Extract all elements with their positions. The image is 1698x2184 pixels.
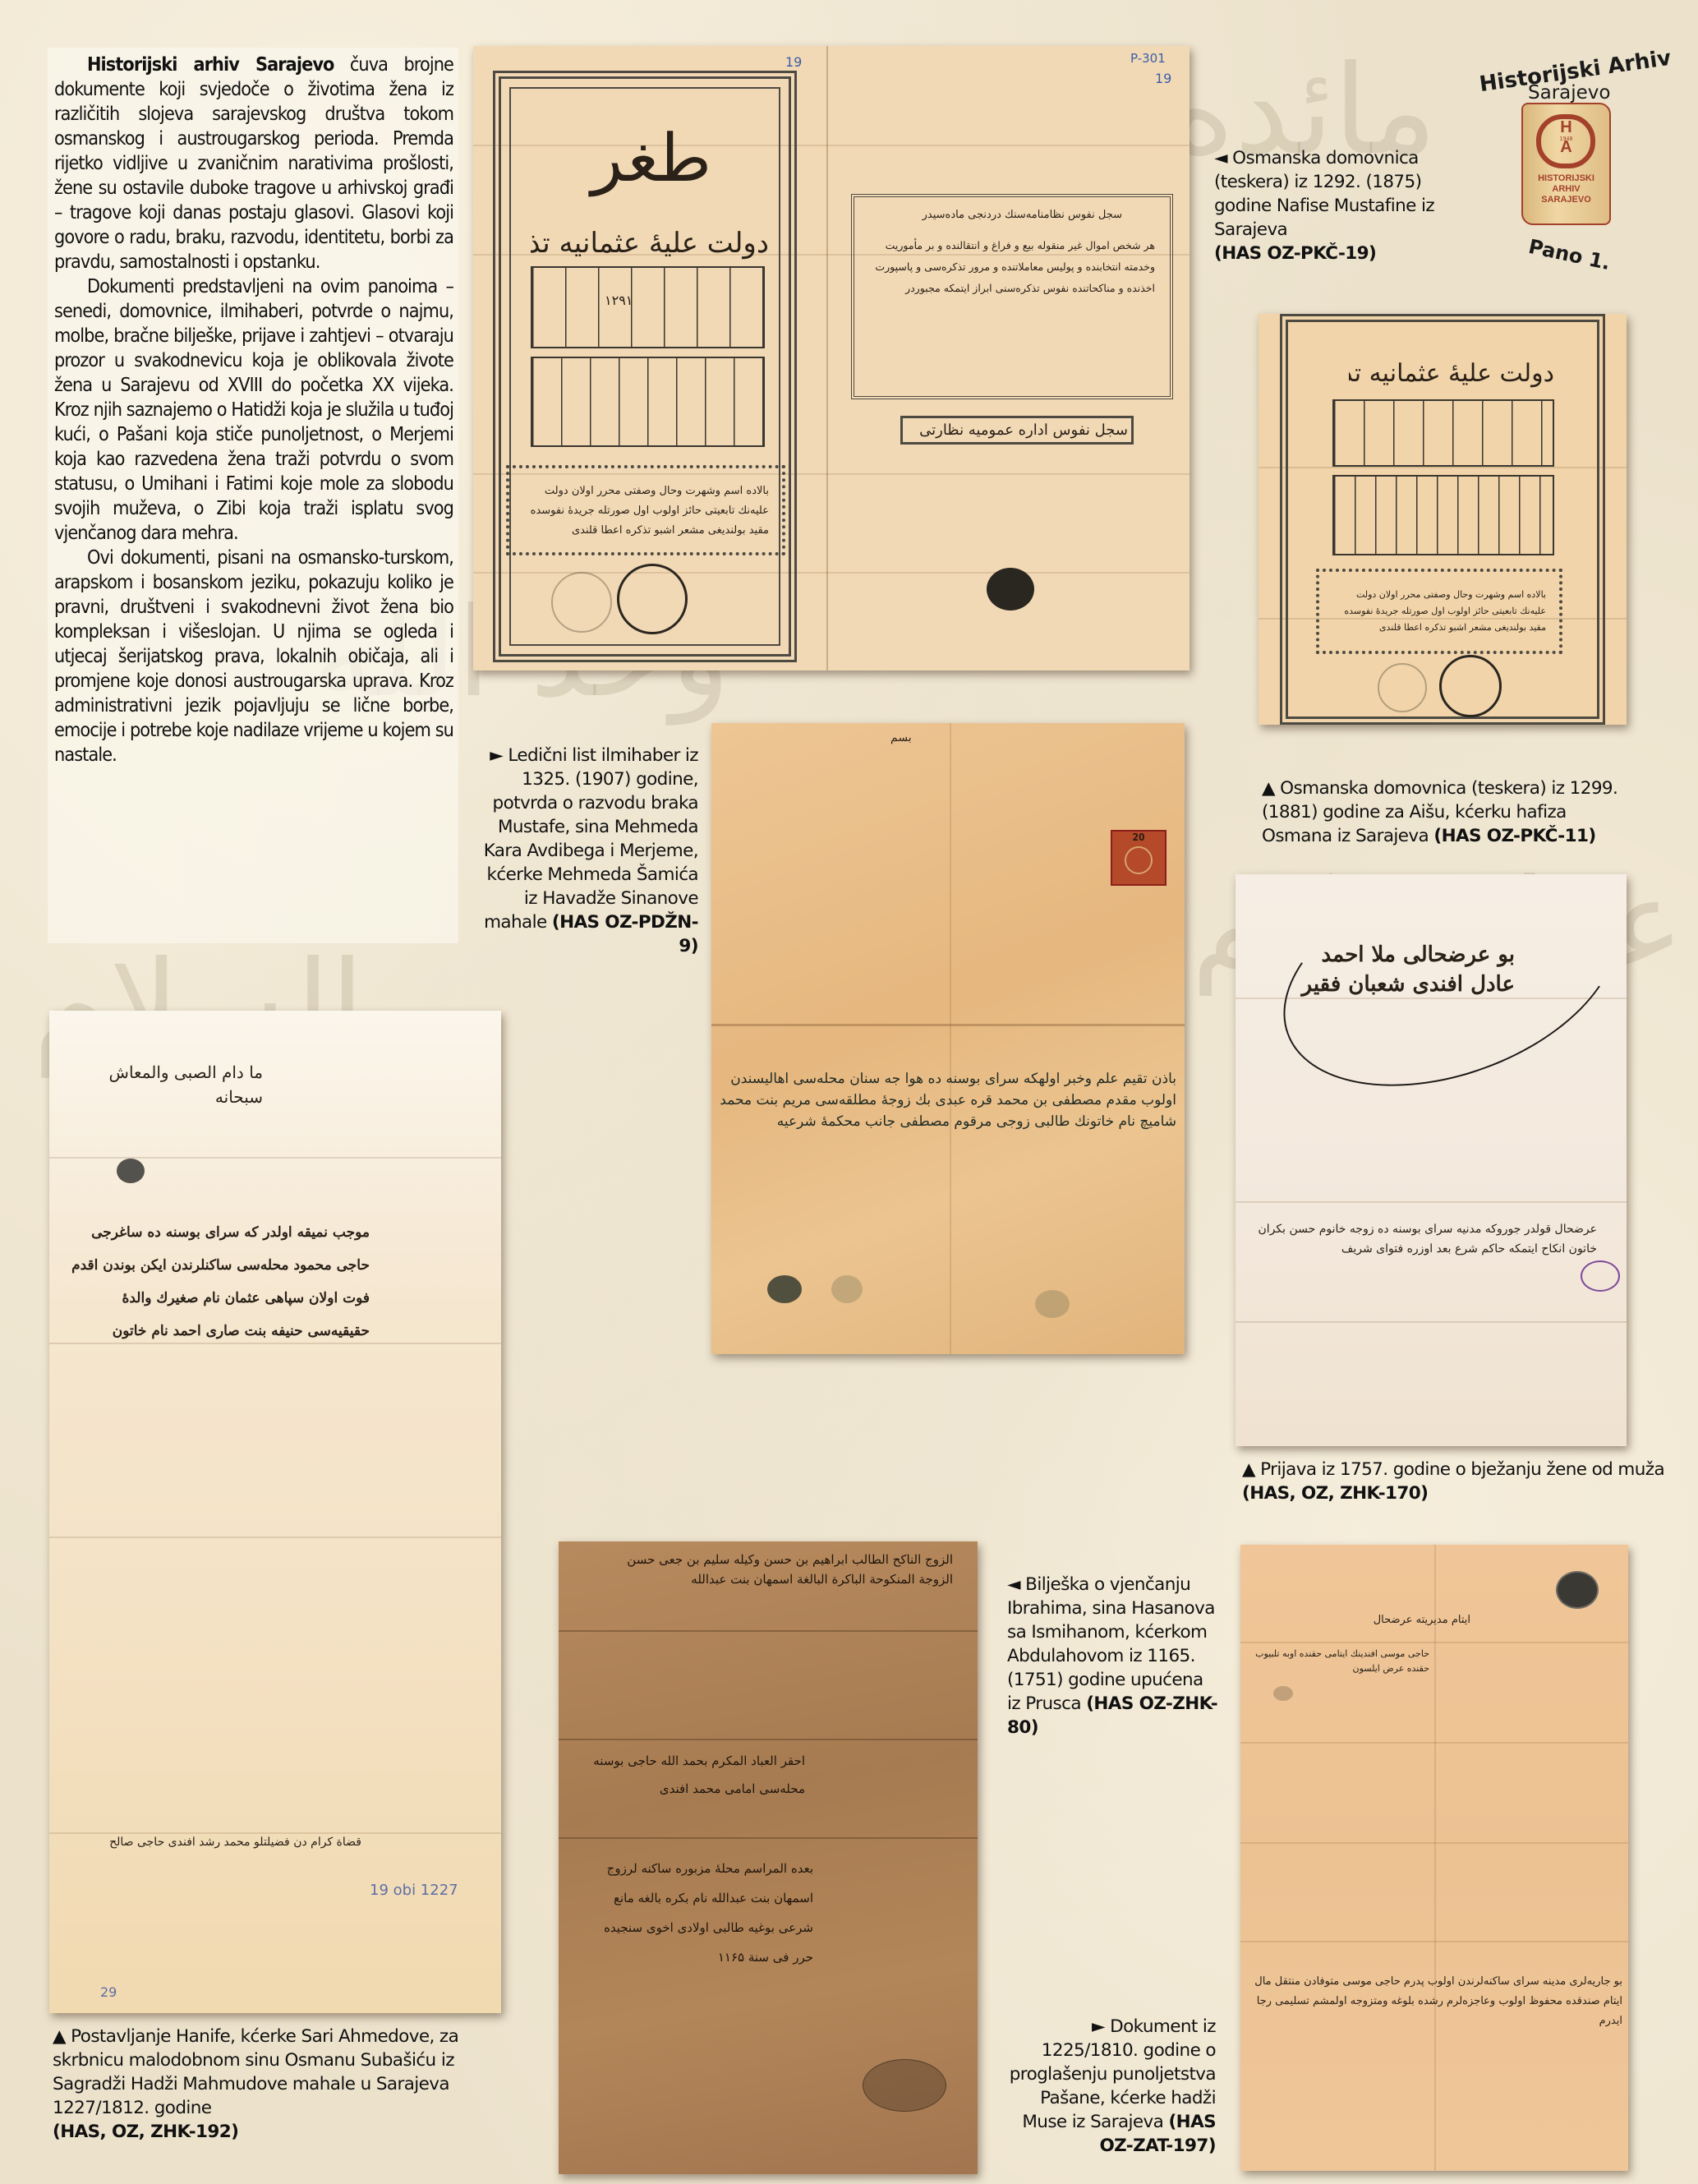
document-punoljetstvo-1225: ایتام مدیریته عرضحال حاجی موسی افندینك ا…	[1240, 1545, 1628, 2171]
archive-number: 19	[1155, 71, 1171, 86]
intro-paragraph-3: Ovi dokumenti, pisani na osmansko-tursko…	[48, 546, 458, 767]
archive-number: 19	[785, 54, 802, 70]
official-seal-icon	[1556, 1571, 1599, 1609]
intro-paragraph-1: Historijski arhiv Sarajevo čuva brojne d…	[48, 48, 458, 274]
witness-signatures: قضاة کرام دن فضیلتلو محمد رشد افندی حاجی…	[66, 1832, 361, 1852]
caption-punoljetstvo-1225: ► Dokument iz 1225/1810. godine o progla…	[994, 2015, 1216, 2158]
seal-stamp	[767, 1275, 802, 1303]
handwritten-text: باذن تقیم علم وخبر اولهکه سرای بوسنه ده …	[720, 1068, 1176, 1132]
document-ilmihaber-1325: بسم 20 باذن تقیم علم وخبر اولهکه سرای بو…	[711, 723, 1185, 1354]
seal-stamp	[1378, 663, 1427, 712]
stamp-crest-icon	[1125, 846, 1153, 874]
caption-vjencanje-1165: ◄ Bilješka o vjenčanju Ibrahima, sina Ha…	[1007, 1573, 1221, 1739]
stamp-value: 20	[1112, 832, 1165, 843]
document-teskera-1292: 19 P-301 19 طغرا دولت علیهٔ عثمانیه تذکر…	[473, 46, 1190, 670]
handwritten-header: الزوج الناکح الطالب ابراهیم بن حسن وکیله…	[591, 1550, 953, 1589]
handwritten-header: ما دام الصبی والمعاش سبحانه	[99, 1060, 263, 1109]
seal-stamp	[617, 564, 688, 634]
form-year: ١٢٩١	[605, 293, 633, 308]
seal-stamp	[863, 2059, 946, 2112]
form-title: دولت علیهٔ عثمانیه تذکرهٔ سیدر	[1349, 359, 1554, 388]
document-vjencanje-1165: الزوج الناکح الطالب ابراهیم بن حسن وکیله…	[559, 1541, 978, 2174]
office-title: سجل نفوس اداره عمومیه نظارتی	[900, 416, 1134, 445]
handwritten-text: بو جاریه‌لری مدینه سرای ساکنه‌لرندن اولو…	[1249, 1972, 1622, 2031]
document-teskera-1299: دولت علیهٔ عثمانیه تذکرهٔ سیدر بالاده اس…	[1259, 314, 1627, 725]
seal-stamp	[1035, 1290, 1070, 1318]
caption-prijava-1757: ▲ Prijava iz 1757. godine o bježanju žen…	[1242, 1458, 1669, 1505]
handwritten-text: بعده المراسم محلهٔ مزبوره ساکنه لرزوج اس…	[583, 1854, 813, 1972]
seal-stamp	[551, 572, 612, 633]
seal-stamp	[1439, 655, 1502, 717]
handwritten-text: موجب نمیقه اولدر که سرای بوسنه ده ساغرجی…	[58, 1216, 370, 1348]
reference-code: (HAS, OZ, ZHK-170)	[1242, 1483, 1428, 1504]
logo-subtitle: Sarajevo	[1528, 82, 1610, 104]
seal-stamp	[117, 1159, 145, 1183]
form-title: دولت علیهٔ عثمانیه تذکرهٔ سیدر	[531, 227, 769, 260]
seal-stamp	[1273, 1686, 1293, 1701]
reference-code: (HAS OZ-PKČ-19)	[1214, 243, 1376, 264]
handwritten-note: حاجی موسی افندینك ایتامی حقنده اوبه تلبی…	[1249, 1647, 1429, 1676]
handwritten-heading: بو عرضحالی ملا احمد عادل افندی شعبان فقی…	[1277, 940, 1515, 999]
seal-stamp	[831, 1275, 863, 1303]
description-table	[531, 357, 765, 447]
caption-teskera-1292: ◄ Osmanska domovnica (teskera) iz 1292. …	[1214, 146, 1461, 265]
panel-label: Pano 1.	[1526, 235, 1613, 274]
intro-paragraph-2: Dokumenti predstavljeni na ovim panoima …	[48, 274, 458, 546]
archive-name: Historijski arhiv Sarajevo	[87, 53, 334, 76]
handwritten-text: عرضحال قولدر جوروکه مدنیه سرای بوسنه ده …	[1252, 1219, 1597, 1259]
certificate-text: بالاده اسم وشهرت وحال وصفتی محرر اولان د…	[1332, 587, 1546, 636]
purple-stamp	[1581, 1260, 1620, 1292]
reference-code: (HAS OZ-PKČ-11)	[1433, 826, 1595, 846]
handwritten-header: ایتام مدیریته عرضحال	[1306, 1614, 1470, 1626]
document-prijava-1757: بو عرضحالی ملا احمد عادل افندی شعبان فقی…	[1236, 874, 1627, 1446]
emblem-year: 1948	[1523, 136, 1609, 142]
personal-data-table	[531, 266, 765, 348]
caption-teskera-1299: ▲ Osmanska domovnica (teskera) iz 1299. …	[1262, 776, 1640, 848]
description-table	[1332, 475, 1554, 555]
revenue-stamp: 20	[1111, 830, 1167, 886]
seal-stamp	[987, 568, 1034, 611]
intro-text-panel: Historijski arhiv Sarajevo čuva brojne d…	[48, 48, 458, 943]
archive-number: P-301	[1130, 51, 1166, 66]
page-number: 29	[100, 1984, 117, 2000]
regulation-title: سجل نفوس نظامنامه‌سنك دردنجی ماده‌سیدر	[900, 209, 1122, 221]
reference-code: (HAS OZ-PDŽN-9)	[552, 912, 698, 956]
certificate-text: بالاده اسم وشهرت وحال وصفتی محرر اولان د…	[522, 481, 769, 541]
personal-data-table	[1332, 399, 1554, 467]
archive-date-note: 19 obi 1227	[370, 1882, 458, 1899]
header-mark: بسم	[890, 731, 912, 744]
ink-arc	[1253, 874, 1627, 1128]
caption-skrbnica-1227: ▲ Postavljanje Hanife, kćerke Sari Ahmed…	[53, 2025, 513, 2144]
reference-code: (HAS, OZ, ZHK-192)	[53, 2122, 238, 2142]
document-skrbnica-1227: ما دام الصبی والمعاش سبحانه موجب نمیقه ا…	[49, 1011, 501, 2013]
caption-ilmihaber-1325: ► Ledični list ilmihaber iz 1325. (1907)…	[476, 744, 698, 958]
emblem-name: HISTORIJSKI ARHIV SARAJEVO	[1523, 173, 1609, 205]
regulation-text: هر شخص اموال غیر منقوله بیع و فراغ و انت…	[867, 235, 1155, 299]
handwritten-text: احقر العباد المکرم بحمد الله حاجی بوسنه …	[591, 1747, 805, 1803]
tughra-icon: طغرا	[588, 120, 711, 210]
archive-emblem-scroll: HA 1948 HISTORIJSKI ARHIV SARAJEVO	[1521, 103, 1611, 225]
